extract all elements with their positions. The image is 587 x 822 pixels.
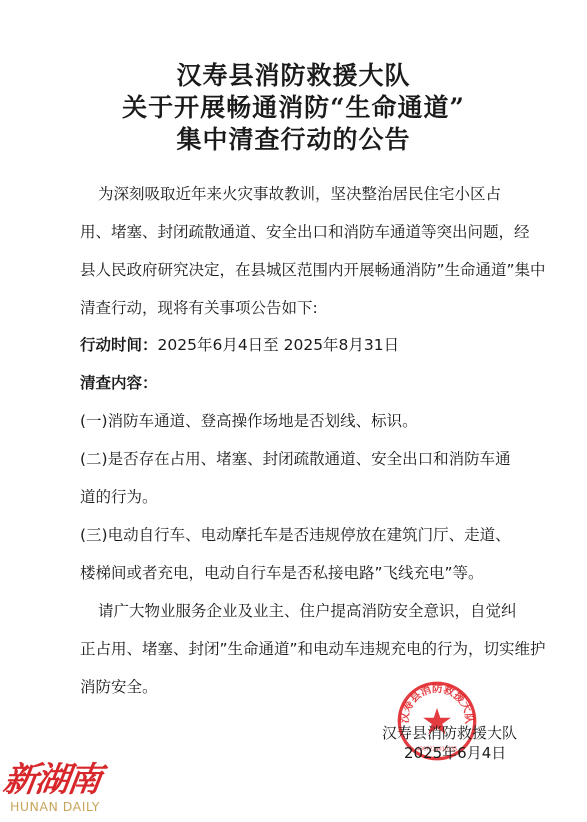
intro-line: 清查行动，现将有关事项公告如下: — [80, 296, 318, 318]
content-heading: 清查内容： — [80, 371, 158, 393]
title-line-3: 集中清查行动的公告 — [0, 120, 587, 156]
logo-chinese: 新湖南 — [1, 752, 104, 801]
item-1-line: (一)消防车通道、登高操作场地是否划线、标识。 — [80, 409, 418, 431]
item-3-line: 楼梯间或者充电，电动自行车是否私接电路”飞线充电”等。 — [80, 561, 484, 583]
action-time: 行动时间：2025年6月4日至 2025年8月31日 — [80, 333, 399, 355]
closing-line: 正占用、堵塞、封闭”生命通道”和电动车违规充电的行为，切实维护 — [80, 637, 546, 659]
intro-line: 用、堵塞、封闭疏散通道、安全出口和消防车通道等突出问题，经 — [80, 220, 530, 242]
closing-line: 消防安全。 — [80, 675, 158, 697]
item-3-line: (三)电动自行车、电动摩托车是否违规停放在建筑门厅、走道、 — [80, 523, 511, 545]
intro-line: 县人民政府研究决定，在县城区范围内开展畅通消防”生命通道”集中 — [80, 258, 546, 280]
item-2-line: (二)是否存在占用、堵塞、封闭疏散通道、安全出口和消防车通 — [80, 447, 511, 469]
hunan-daily-logo: 新湖南 HUNAN DAILY — [4, 752, 100, 814]
intro-line: 为深刻吸取近年来火灾事故教训，坚决整治居民住宅小区占 — [98, 182, 501, 204]
item-2-line: 道的行为。 — [80, 485, 158, 507]
closing-line: 请广大物业服务企业及业主、住户提高消防安全意识，自觉纠 — [98, 599, 517, 621]
signature-org: 汉寿县消防救援大队 — [382, 722, 517, 743]
title-line-1: 汉寿县消防救援大队 — [0, 56, 587, 92]
action-time-value: 2025年6月4日至 2025年8月31日 — [158, 336, 400, 354]
title-line-2: 关于开展畅通消防“生命通道” — [0, 88, 587, 124]
logo-english: HUNAN DAILY — [10, 799, 100, 814]
signature-date: 2025年6月4日 — [404, 742, 506, 763]
action-time-label: 行动时间： — [80, 336, 158, 354]
